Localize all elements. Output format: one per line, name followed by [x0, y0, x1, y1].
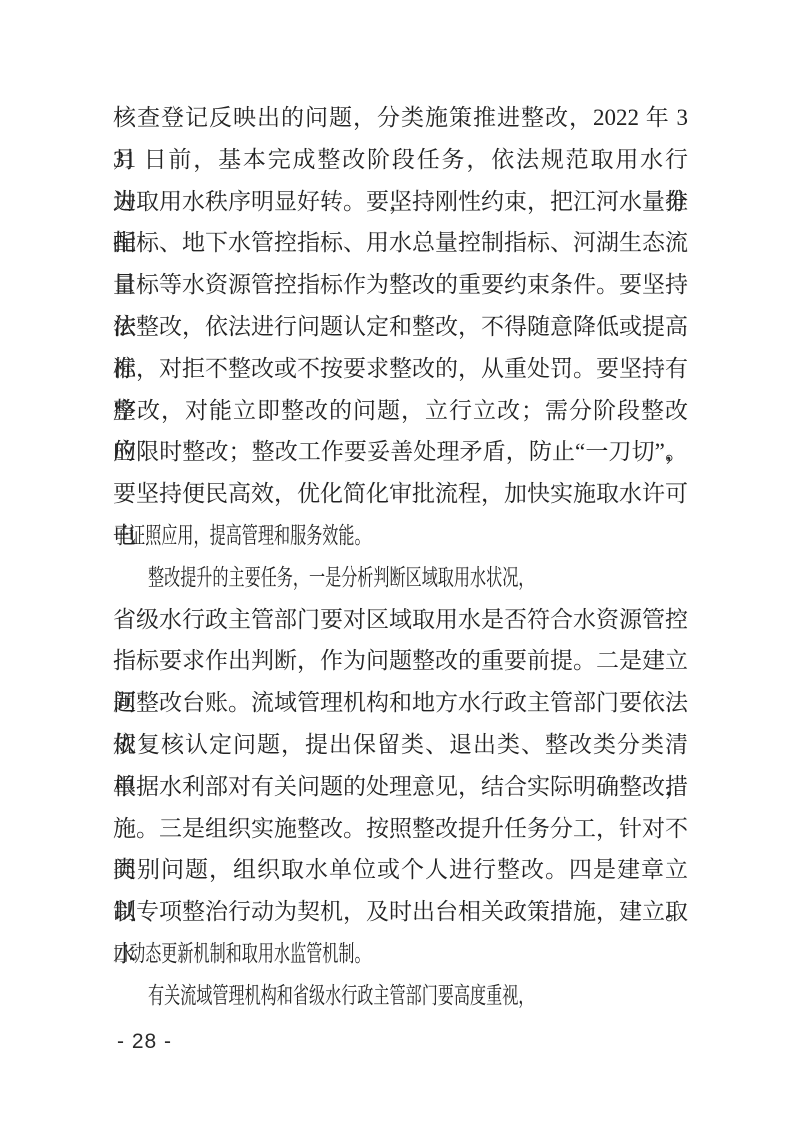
text-line: 以专项整治行动为契机，及时出台相关政策措施，建立取水 — [113, 891, 688, 933]
text-line: 要坚持便民高效，优化简化审批流程，加快实施取水许可电 — [113, 473, 688, 515]
text-line paragraph-start: 有关流域管理机构和省级水行政主管部门要高度重视， — [113, 975, 724, 1017]
document-page: 核查登记反映出的问题，分类施策推进整改，2022 年 3 月 31 日前，基本完… — [0, 0, 800, 1131]
text-line: 法整改，依法进行问题认定和整改，不得随意降低或提高标 — [113, 306, 688, 348]
text-line: 整改，对能立即整改的问题，立行立改；需分阶段整改的， — [113, 390, 688, 432]
text-line: 应限时整改；整改工作要妥善处理矛盾，防止“一刀切”。 — [113, 431, 688, 473]
text-line: 规复核认定问题，提出保留类、退出类、整改类分类清单， — [113, 724, 688, 766]
text-line: 指标要求作出判断，作为问题整改的重要前提。二是建立问 — [113, 640, 688, 682]
text-line: 指标、地下水管控指标、用水总量控制指标、河湖生态流量 — [113, 222, 688, 264]
text-line paragraph-end: 口动态更新机制和取用水监管机制。 — [113, 933, 689, 975]
text-line paragraph-end: 子证照应用，提高管理和服务效能。 — [113, 515, 689, 557]
text-line: 31 日前，基本完成整改阶段任务，依法规范取用水行为，推 — [113, 139, 688, 181]
text-line: 施。三是组织实施整改。按照整改提升任务分工，针对不同 — [113, 808, 688, 850]
text-line: 根据水利部对有关问题的处理意见，结合实际明确整改措 — [113, 766, 688, 808]
text-line: 进取用水秩序明显好转。要坚持刚性约束，把江河水量分配 — [113, 181, 688, 223]
text-line: 类别问题，组织取水单位或个人进行整改。四是建章立制。 — [113, 849, 688, 891]
text-line: 核查登记反映出的问题，分类施策推进整改，2022 年 3 月 — [113, 97, 688, 139]
text-line paragraph-start: 整改提升的主要任务，一是分析判断区域取用水状况， — [113, 557, 724, 599]
document-body: 核查登记反映出的问题，分类施策推进整改，2022 年 3 月 31 日前，基本完… — [113, 97, 688, 1017]
text-line: 准，对拒不整改或不按要求整改的，从重处罚。要坚持有序 — [113, 348, 688, 390]
text-line: 题整改台账。流域管理机构和地方水行政主管部门要依法依 — [113, 682, 688, 724]
text-line: 目标等水资源管控指标作为整改的重要约束条件。要坚持依 — [113, 264, 688, 306]
text-line: 省级水行政主管部门要对区域取用水是否符合水资源管控 — [113, 599, 688, 641]
page-number: - 28 - — [117, 1029, 172, 1055]
